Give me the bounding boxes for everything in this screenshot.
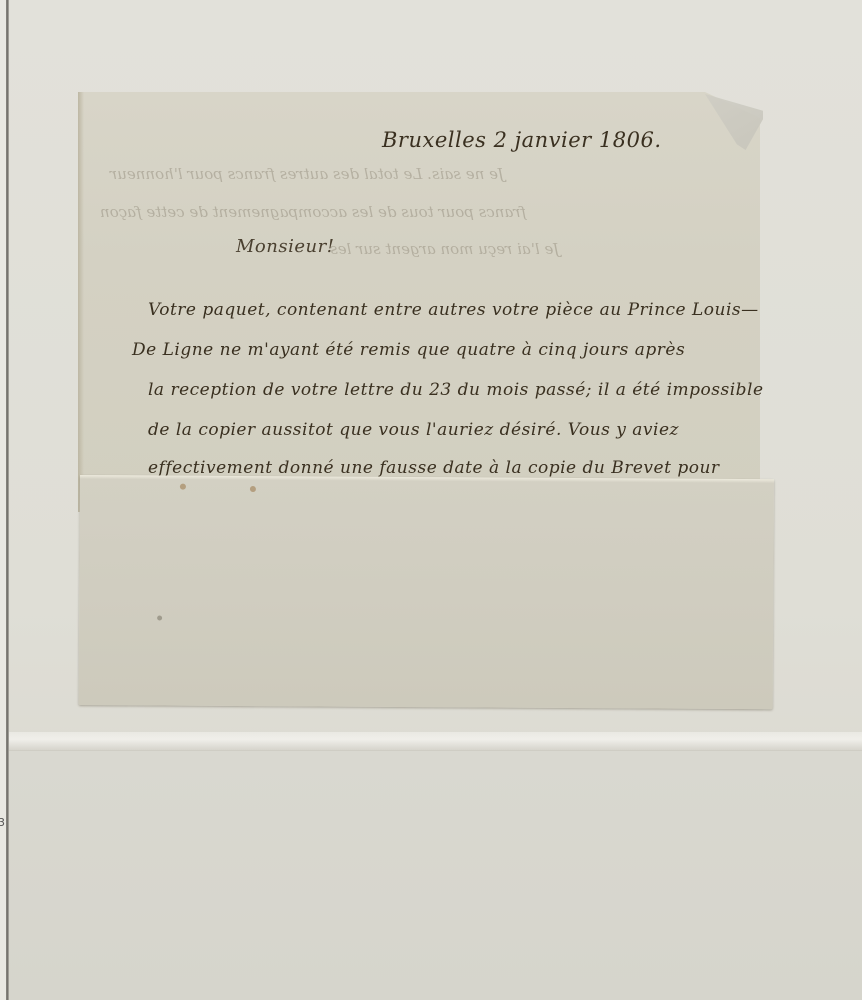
letter-body-line: Votre paquet, contenant entre autres vot… <box>148 300 759 320</box>
letter-body-line: de la copier aussitot que vous l'auriez … <box>148 420 679 440</box>
letter-body-line: la reception de votre lettre du 23 du mo… <box>148 380 764 400</box>
letter-salutation: Monsieur! <box>236 236 334 257</box>
letter-body-line: De Ligne ne m'ayant été remis que quatre… <box>132 340 685 360</box>
page-marker: 3 <box>0 816 5 829</box>
sleeve-lower-pocket <box>9 751 862 1000</box>
foxing-stain <box>180 484 186 490</box>
cover-sheet <box>79 475 774 709</box>
bleed-through-line: francs pour tous de les accompagnement d… <box>100 203 526 221</box>
bleed-through-line: Je ne sais. Le total des autres francs p… <box>110 165 504 183</box>
letter-dateline: Bruxelles 2 janvier 1806. <box>382 128 662 152</box>
sleeve-fold <box>9 732 862 751</box>
bleed-through-line: Je l'ai reçu mon argent sur les <box>330 240 559 258</box>
foxing-stain <box>250 486 256 492</box>
paper-speck <box>157 615 162 620</box>
